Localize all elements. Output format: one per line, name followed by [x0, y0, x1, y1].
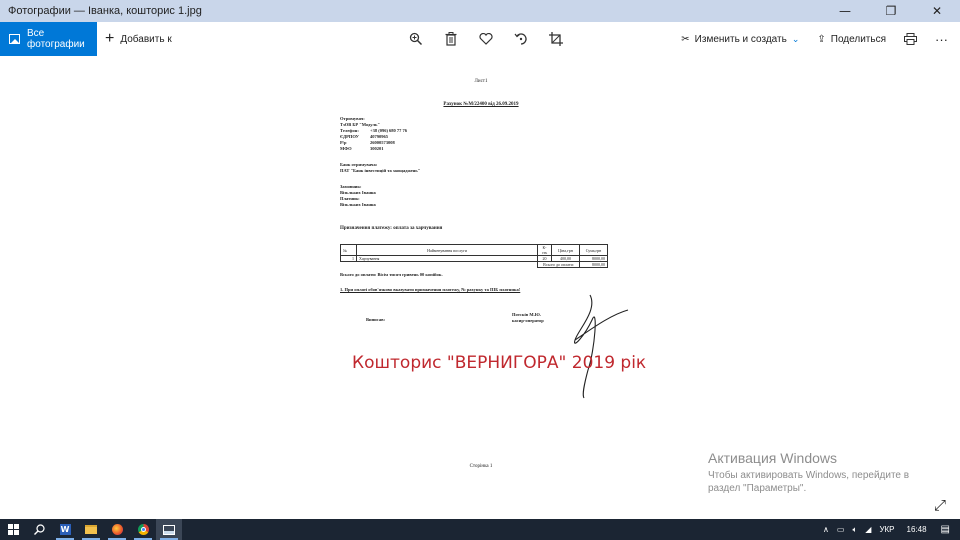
plus-icon: + [105, 31, 114, 47]
image-tools [398, 22, 573, 56]
total-in-words: Всього до оплати: Вісім тисяч гривень 00… [340, 272, 443, 277]
overlay-caption: Кошторис "ВЕРНИГОРА" 2019 рік [352, 353, 646, 373]
share-icon: ⇪ [817, 34, 825, 45]
payer-name: Візьльких Іванна [340, 202, 376, 208]
windows-activation-notice: Активация Windows Чтобы активировать Win… [708, 450, 909, 495]
sheet-label: Лист1 [336, 79, 626, 84]
recipient-row: МФО300201 [340, 146, 407, 152]
printer-icon [904, 33, 917, 45]
firefox-icon[interactable] [104, 519, 130, 540]
toolbar: Все фотографии + Добавить к ✂ Изменить и… [0, 22, 960, 56]
zoom-in-icon[interactable] [398, 22, 433, 56]
invoice-title: Рахунок №М/22400 від 26.09.2019 [336, 102, 626, 107]
search-icon[interactable] [26, 519, 52, 540]
table-header: № Найменування послуги К-сть Ціна,грн Су… [341, 245, 608, 256]
photos-icon [9, 34, 20, 44]
restore-button[interactable]: ❐ [868, 0, 914, 22]
trash-icon[interactable] [433, 22, 468, 56]
word-icon[interactable]: W [52, 519, 78, 540]
system-tray: ∧ ▭ 🔈︎ ◢ УКР 16:48 ▤ [823, 519, 960, 540]
chrome-icon[interactable] [130, 519, 156, 540]
notifications-icon[interactable]: ▤ [941, 524, 950, 535]
minimize-button[interactable]: — [822, 0, 868, 22]
activation-line-2: раздел "Параметры". [708, 482, 909, 495]
share-button[interactable]: ⇪ Поделиться [808, 22, 895, 56]
services-table: № Найменування послуги К-сть Ціна,грн Су… [340, 244, 608, 268]
window-title: Фотографии — Іванка, кошторис 1.jpg [0, 5, 822, 17]
battery-icon[interactable]: ▭ [837, 525, 845, 534]
signer-role: касир-оператор [512, 318, 544, 324]
issuer-label: Виписав: [366, 317, 385, 322]
edit-create-button[interactable]: ✂ Изменить и создать ⌄ [672, 22, 808, 56]
activation-heading: Активация Windows [708, 450, 909, 466]
heart-icon[interactable] [468, 22, 503, 56]
share-label: Поделиться [831, 34, 886, 45]
file-explorer-icon[interactable] [78, 519, 104, 540]
table-total-row: Всього до оплати: 8000,00 [341, 262, 608, 268]
clock[interactable]: 16:48 [907, 525, 927, 534]
edit-create-label: Изменить и создать [695, 34, 787, 45]
rotate-icon[interactable] [503, 22, 538, 56]
title-bar: Фотографии — Іванка, кошторис 1.jpg — ❐ … [0, 0, 960, 22]
crop-icon[interactable] [538, 22, 573, 56]
fullscreen-icon[interactable]: ⤢ [934, 496, 946, 514]
right-tools: ✂ Изменить и создать ⌄ ⇪ Поделиться ··· [672, 22, 960, 56]
invoice-document: Лист1 Рахунок №М/22400 від 26.09.2019 От… [336, 74, 626, 474]
add-to-button[interactable]: + Добавить к [105, 31, 172, 47]
page-number: Сторінка 1 [336, 464, 626, 469]
close-button[interactable]: ✕ [914, 0, 960, 22]
customer-block: Замовник: Візьльких Іванна Платник: Візь… [340, 184, 376, 208]
edit-create-icon: ✂ [681, 34, 689, 45]
chevron-up-icon[interactable]: ∧ [823, 525, 829, 534]
payment-purpose: Призначення платежу: оплата за харчуванн… [340, 226, 442, 231]
taskbar: W ∧ ▭ 🔈︎ ◢ УКР 16:48 ▤ [0, 519, 960, 540]
language-indicator[interactable]: УКР [879, 525, 894, 534]
chevron-down-icon: ⌄ [792, 34, 800, 45]
activation-line-1: Чтобы активировать Windows, перейдите в [708, 469, 909, 482]
wifi-icon[interactable]: ◢ [865, 525, 871, 534]
start-icon[interactable] [0, 519, 26, 540]
all-photos-button[interactable]: Все фотографии [0, 22, 97, 56]
photos-icon[interactable] [156, 519, 182, 540]
payment-note: 1. При оплаті обов'язково вказувати приз… [340, 287, 520, 292]
print-button[interactable] [895, 22, 926, 56]
signer-block: Потсків М.Ю. касир-оператор [512, 312, 544, 324]
all-photos-label: Все фотографии [27, 28, 97, 50]
signature-scribble [570, 290, 630, 400]
recipient-block: Отримувач: ТзОВ БР "Модуль" Телефон:+38 … [340, 116, 407, 152]
volume-icon[interactable]: 🔈︎ [852, 525, 857, 535]
add-to-label: Добавить к [120, 34, 171, 45]
bank-block: Банк отримувача: ПАТ "Банк інвестицій та… [340, 162, 420, 174]
bank-name: ПАТ "Банк інвестицій та заощаджень" [340, 168, 420, 174]
more-button[interactable]: ··· [926, 22, 960, 56]
